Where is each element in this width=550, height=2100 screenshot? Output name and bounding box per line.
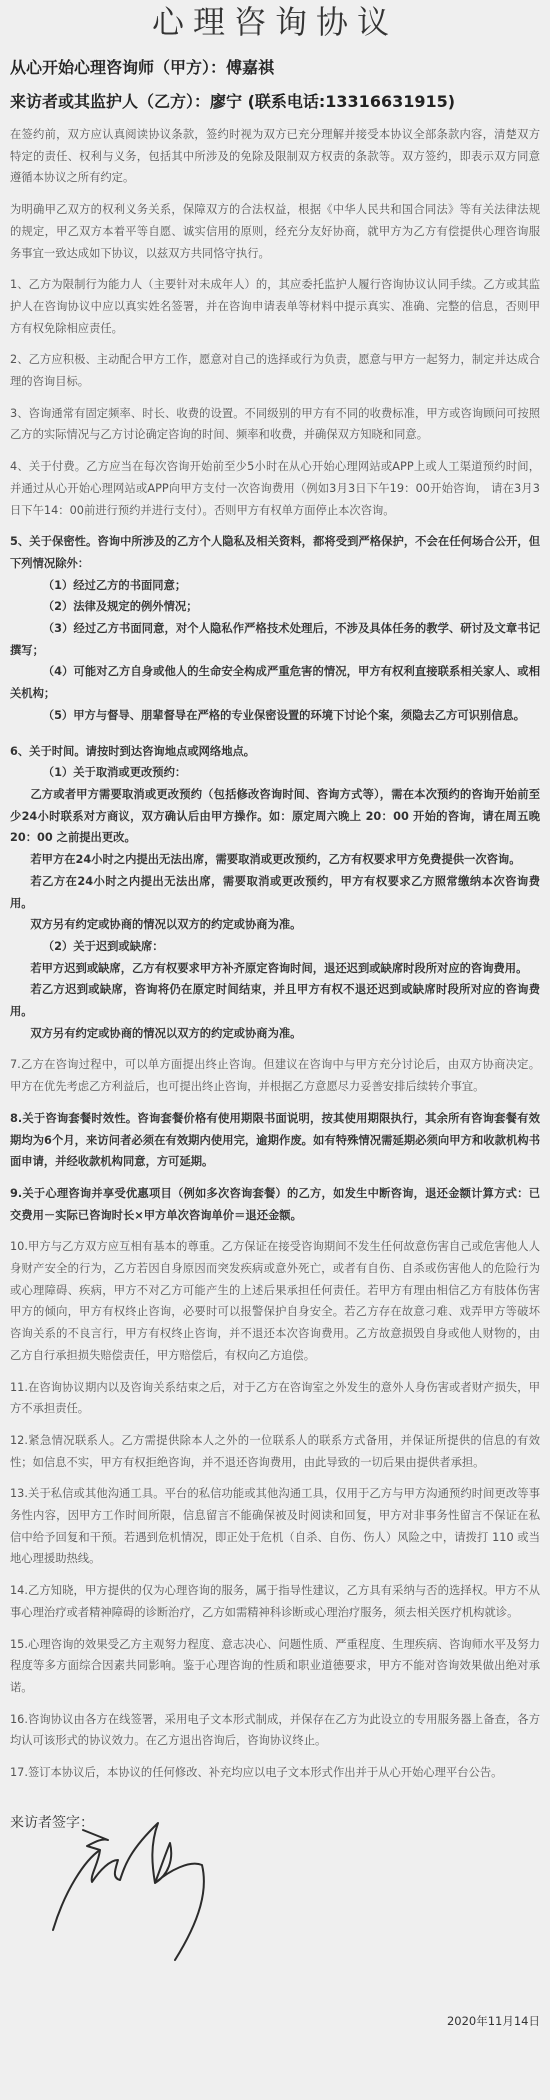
document-title: 心理咨询协议 (10, 0, 540, 46)
clause-5: 5、关于保密性。咨询中所涉及的乙方个人隐私及相关资料，都将受到严格保护，不会在任… (10, 531, 540, 726)
clause-6: 6、关于时间。请按时到达咨询地点或网络地点。 （1）关于取消或更改预约： 乙方或… (10, 741, 540, 1045)
clause-6-sub1-line: 双方另有约定或协商的情况以双方的约定或协商为准。 (10, 914, 540, 936)
clause-6-sub1-line: 若甲方在24小时之内提出无法出席，需要取消或更改预约，乙方有权要求甲方免费提供一… (10, 849, 540, 871)
clause-12: 12.紧急情况联系人。乙方需提供除本人之外的一位联系人的联系方式备用，并保证所提… (10, 1430, 540, 1473)
clause-6-sub1-line: 若乙方在24小时之内提出无法出席，需要取消或更改预约，甲方有权要求乙方照常缴纳本… (10, 871, 540, 914)
clause-6-heading: 6、关于时间。请按时到达咨询地点或网络地点。 (10, 741, 540, 763)
signing-date: 2020年11月14日 (447, 2013, 540, 2029)
clause-5-item: （4）可能对乙方自身或他人的生命安全构成严重危害的情况，甲方有权利直接联系相关家… (10, 661, 540, 704)
intro-paragraph: 在签约前，双方应认真阅读协议条款，签约时视为双方已充分理解并接受本协议全部条款内… (10, 124, 540, 189)
clause-6-sub1-title: （1）关于取消或更改预约： (10, 762, 540, 784)
clause-1: 1、乙方为限制行为能力人（主要针对未成年人）的，其应委托监护人履行咨询协议认同手… (10, 274, 540, 339)
clause-6-sub2-title: （2）关于迟到或缺席： (10, 936, 540, 958)
clause-5-item: （1）经过乙方的书面同意； (10, 575, 540, 597)
clause-15: 15.心理咨询的效果受乙方主观努力程度、意志决心、问题性质、严重程度、生理疾病、… (10, 1634, 540, 1699)
clause-7: 7.乙方在咨询过程中，可以单方面提出终止咨询。但建议在咨询中与甲方充分讨论后，由… (10, 1054, 540, 1097)
clause-14: 14.乙方知晓，甲方提供的仅为心理咨询的服务，属于指导性建议，乙方具有采纳与否的… (10, 1580, 540, 1623)
clause-16: 16.咨询协议由各方在线签署，采用电子文本形式制成，并保存在乙方为此设立的专用服… (10, 1709, 540, 1752)
clause-11: 11.在咨询协议期内以及咨询关系结束之后，对于乙方在咨询室之外发生的意外人身伤害… (10, 1377, 540, 1420)
clause-9: 9.关于心理咨询并享受优惠项目（例如多次咨询套餐）的乙方，如发生中断咨询，退还金… (10, 1183, 540, 1226)
clause-17: 17.签订本协议后，本协议的任何修改、补充均应以电子文本形式作出并于从心开始心理… (10, 1762, 540, 1784)
clause-4: 4、关于付费。乙方应当在每次咨询开始前至少5小时在从心开始心理网站或APP上或人… (10, 456, 540, 521)
clause-8: 8.关于咨询套餐时效性。咨询套餐价格有使用期限书面说明，按其使用期限执行，其余所… (10, 1108, 540, 1173)
clause-5-item: （5）甲方与督导、朋辈督导在严格的专业保密设置的环境下讨论个案，须隐去乙方可识别… (10, 705, 540, 727)
clause-5-item: （3）经过乙方书面同意，对个人隐私作严格技术处理后，不涉及具体任务的教学、研讨及… (10, 618, 540, 661)
party-b-line: 来访者或其监护人（乙方）：廖宁 (联系电话:13316631915) (10, 92, 540, 112)
clause-6-sub2-line: 若甲方迟到或缺席，乙方有权要求甲方补齐原定咨询时间，退还迟到或缺席时段所对应的咨… (10, 958, 540, 980)
intro-basis-paragraph: 为明确甲乙双方的权利义务关系，保障双方的合法权益，根据《中华人民共和国合同法》等… (10, 199, 540, 264)
agreement-document: 心理咨询协议 从心开始心理咨询师（甲方）：傅嘉祺 来访者或其监护人（乙方）：廖宁… (0, 0, 550, 1832)
clause-5-heading: 5、关于保密性。咨询中所涉及的乙方个人隐私及相关资料，都将受到严格保护，不会在任… (10, 531, 540, 574)
clause-10: 10.甲方与乙方双方应互相有基本的尊重。乙方保证在接受咨询期间不发生任何故意伤害… (10, 1236, 540, 1366)
party-a-line: 从心开始心理咨询师（甲方）：傅嘉祺 (10, 58, 540, 78)
clause-2: 2、乙方应积极、主动配合甲方工作，愿意对自己的选择或行为负责，愿意与甲方一起努力… (10, 349, 540, 392)
clause-6-sub2-line: 双方另有约定或协商的情况以双方的约定或协商为准。 (10, 1023, 540, 1045)
clause-6-sub2-line: 若乙方迟到或缺席，咨询将仍在原定时间结束，并且甲方有权不退还迟到或缺席时段所对应… (10, 979, 540, 1022)
clause-5-item: （2）法律及规定的例外情况； (10, 596, 540, 618)
clause-3: 3、咨询通常有固定频率、时长、收费的设置。不同级别的甲方有不同的收费标准，甲方或… (10, 403, 540, 446)
clause-13: 13.关于私信或其他沟通工具。平台的私信功能或其他沟通工具，仅用于乙方与甲方沟通… (10, 1483, 540, 1570)
clause-6-sub1-line: 乙方或者甲方需要取消或更改预约（包括修改咨询时间、咨询方式等），需在本次预约的咨… (10, 784, 540, 849)
handwritten-signature (40, 1820, 220, 1970)
